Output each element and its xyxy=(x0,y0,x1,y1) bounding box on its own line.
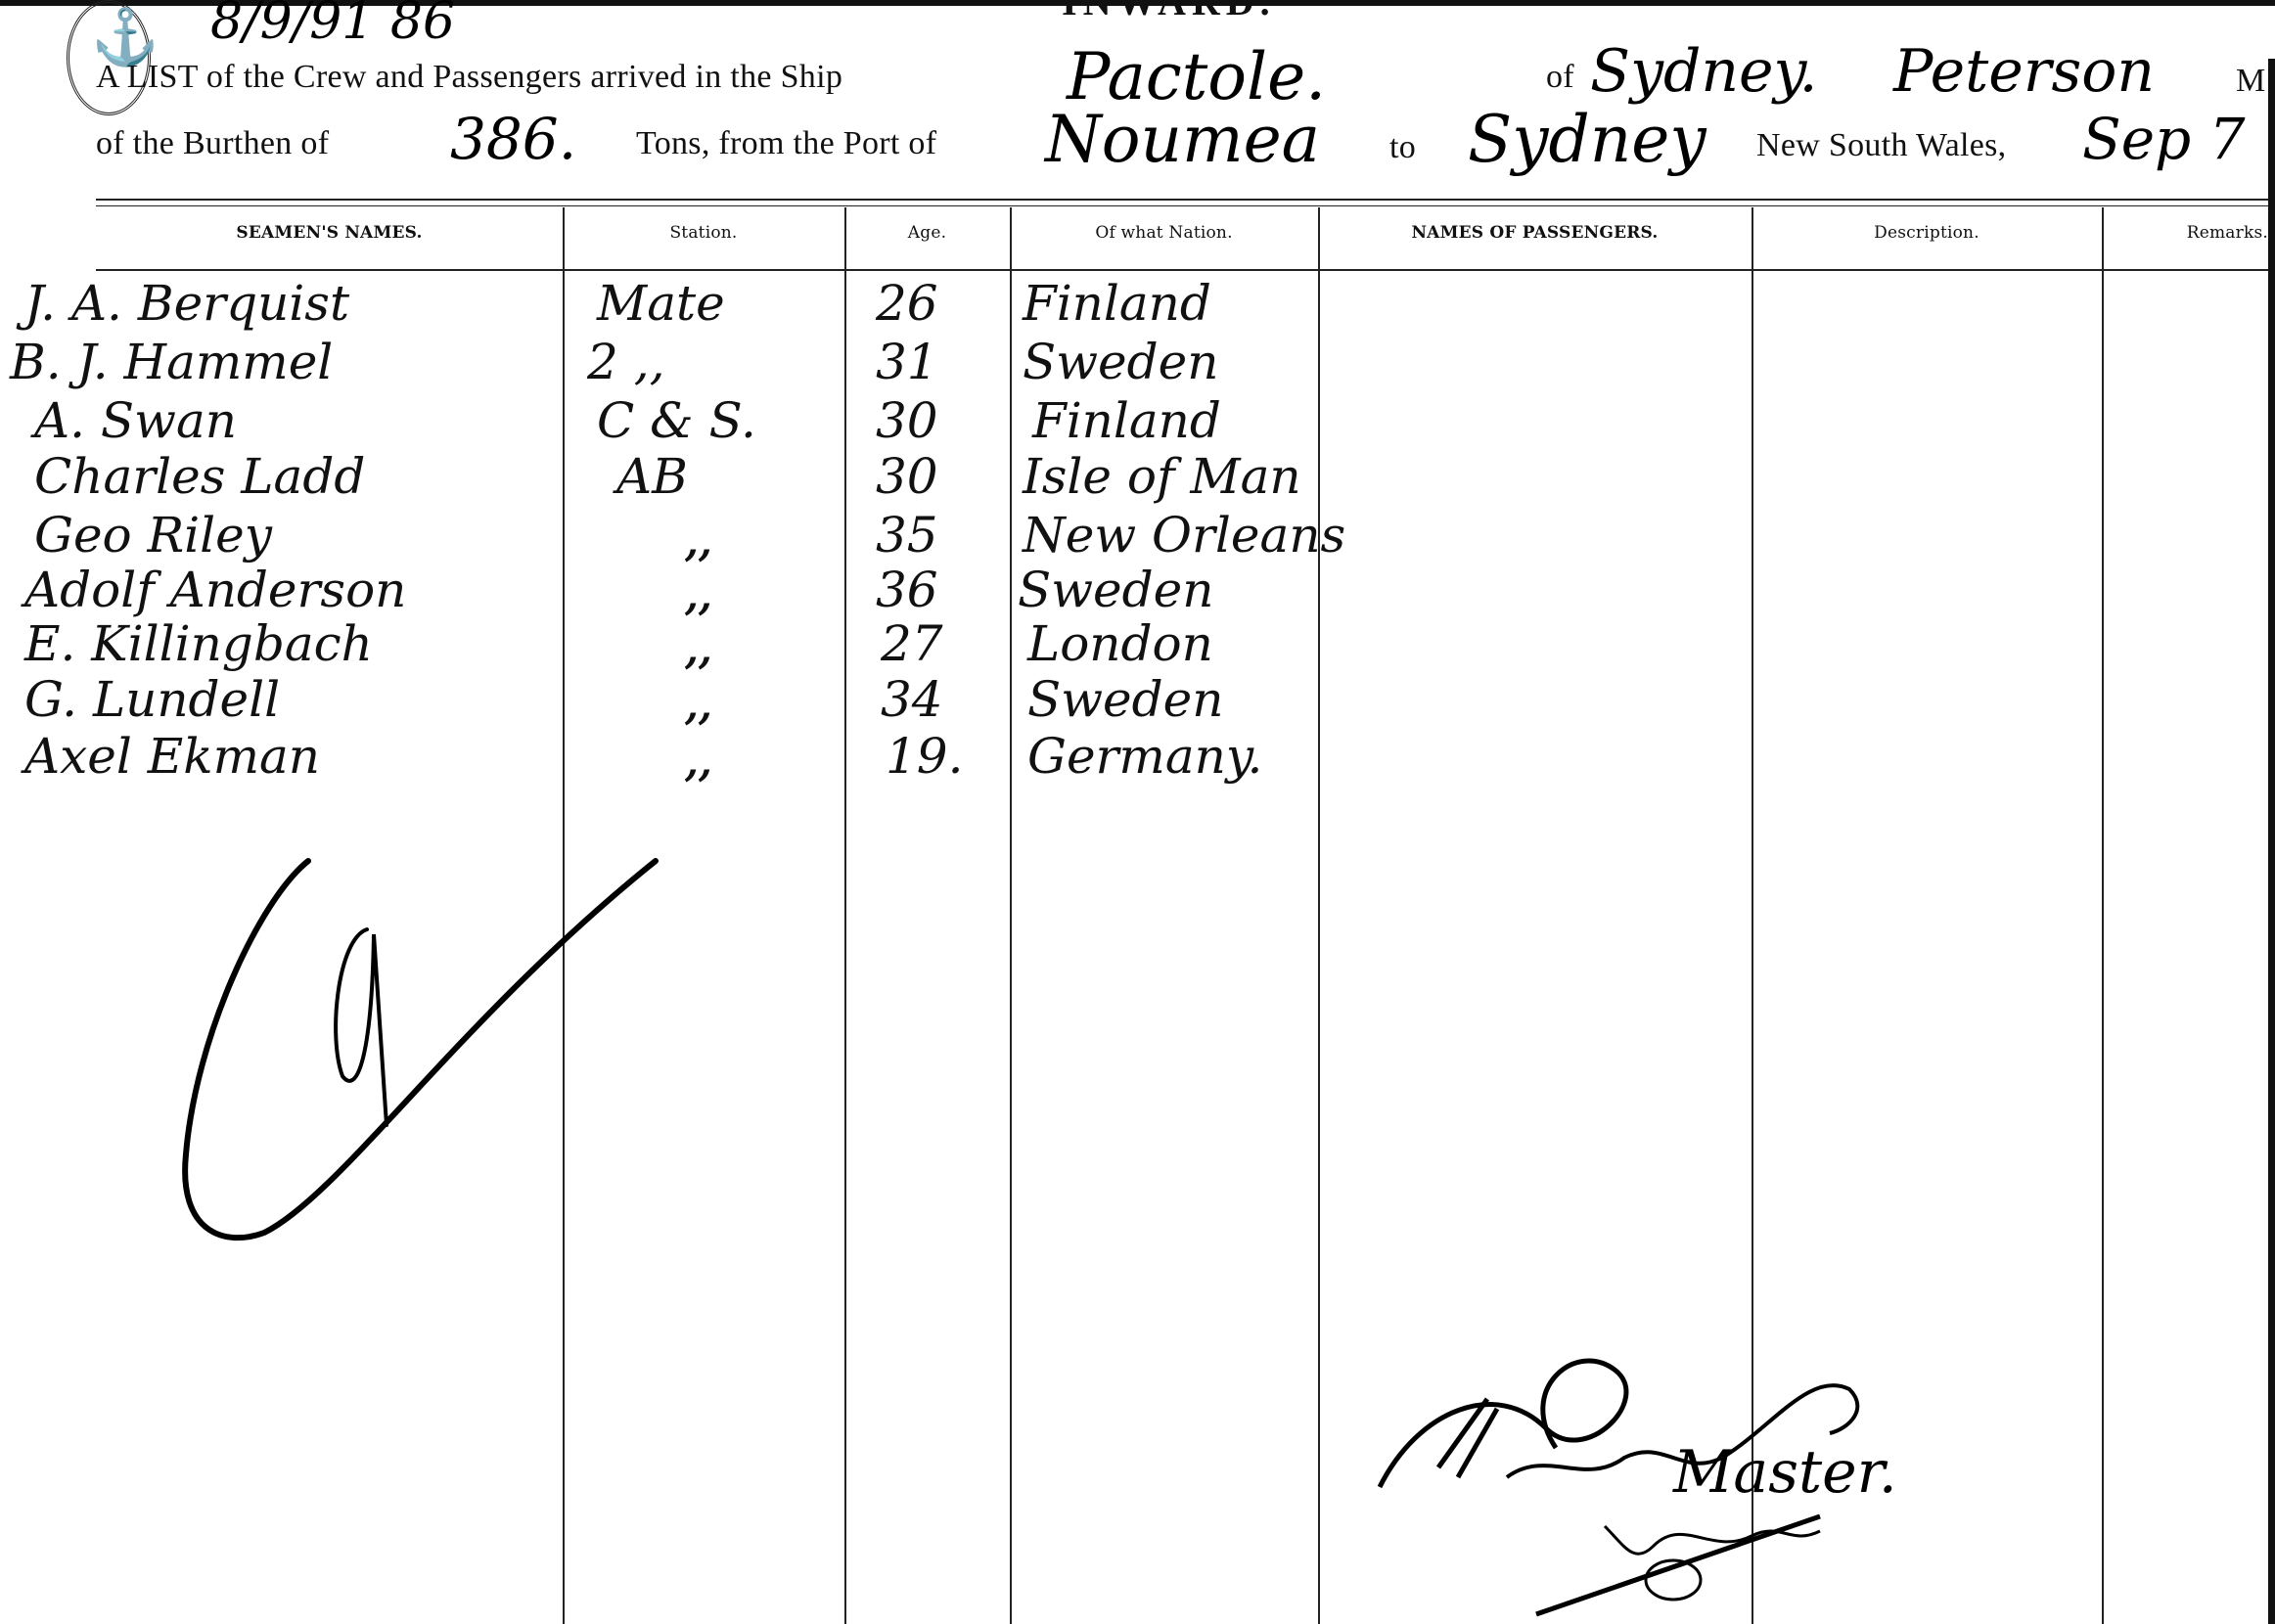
seaman-name: Axel Ekman xyxy=(24,732,320,781)
tons-label: Tons, from the Port of xyxy=(636,125,936,162)
seaman-name: G. Lundell xyxy=(24,675,280,724)
to-port: Sydney xyxy=(1468,102,1706,177)
header-bottom-rule xyxy=(96,269,2268,271)
master-name: Peterson xyxy=(1893,37,2155,106)
col-header-remarks: Remarks. xyxy=(2102,223,2268,243)
seaman-age: 19. xyxy=(886,732,964,781)
seaman-age: 36 xyxy=(876,565,938,614)
col-header-nation: Of what Nation. xyxy=(1010,223,1318,243)
column-divider xyxy=(1010,207,1012,1624)
col-header-description: Description. xyxy=(1752,223,2102,243)
seaman-age: 26 xyxy=(876,279,938,328)
col-header-age: Age. xyxy=(844,223,1010,243)
port-of-registry: Sydney. xyxy=(1590,37,1818,106)
seaman-station: C & S. xyxy=(597,396,756,445)
seaman-station-ditto: ,, xyxy=(685,631,712,670)
seaman-name: B. J. Hammel xyxy=(10,338,333,386)
seaman-name: Charles Ladd xyxy=(34,452,365,501)
seaman-station-ditto: ,, xyxy=(685,523,712,563)
seaman-name: A. Swan xyxy=(34,396,237,445)
state-label: New South Wales, xyxy=(1756,127,2006,164)
anchor-icon: ⚓ xyxy=(91,11,159,66)
stamp-date: 8/9/91 86 xyxy=(210,0,455,51)
col-header-station: Station. xyxy=(563,223,844,243)
column-divider xyxy=(844,207,846,1624)
list-prefix: A LIST of the Crew and Passengers arrive… xyxy=(96,59,842,96)
master-label: M xyxy=(2236,63,2266,100)
seaman-age: 30 xyxy=(876,396,938,445)
col-header-passenger-names: NAMES OF PASSENGERS. xyxy=(1318,223,1752,243)
table-top-rule xyxy=(96,199,2268,201)
col-header-seamen-names: SEAMEN'S NAMES. xyxy=(96,223,563,243)
seaman-name: J. A. Berquist xyxy=(24,279,349,328)
seaman-nation: Germany. xyxy=(1027,732,1262,781)
seaman-nation: Sweden xyxy=(1018,565,1213,614)
seaman-station-ditto: ,, xyxy=(685,577,712,616)
column-divider xyxy=(1318,207,1320,1624)
arrival-date: Sep 7 xyxy=(2082,106,2246,172)
signature-title: Master. xyxy=(1673,1438,1897,1507)
seaman-nation: Sweden xyxy=(1027,675,1223,724)
seaman-name: Geo Riley xyxy=(34,511,272,560)
seaman-age: 35 xyxy=(876,511,938,560)
seaman-station: AB xyxy=(616,452,688,501)
seaman-nation: Finland xyxy=(1023,279,1211,328)
from-port: Noumea xyxy=(1045,102,1320,177)
seaman-nation: New Orleans xyxy=(1023,511,1345,560)
seaman-age: 30 xyxy=(876,452,938,501)
seaman-nation: Isle of Man xyxy=(1023,452,1301,501)
table-top-rule-inner xyxy=(96,205,2268,206)
seaman-station: Mate xyxy=(597,279,725,328)
of-label: of xyxy=(1546,59,1574,96)
crew-total-flourish xyxy=(166,841,675,1252)
seaman-age: 31 xyxy=(876,338,938,386)
seaman-nation: Finland xyxy=(1032,396,1221,445)
seaman-age: 34 xyxy=(881,675,943,724)
burthen-label: of the Burthen of xyxy=(96,125,329,162)
form-title: INWARD. xyxy=(1062,0,1276,24)
seaman-station: 2 ,, xyxy=(587,338,665,386)
seaman-age: 27 xyxy=(881,619,943,668)
seaman-station-ditto: ,, xyxy=(685,744,712,783)
seaman-name: E. Killingbach xyxy=(24,619,373,668)
right-border xyxy=(2268,59,2275,1624)
to-label: to xyxy=(1389,129,1416,166)
seaman-name: Adolf Anderson xyxy=(24,565,406,614)
seaman-station-ditto: ,, xyxy=(685,687,712,726)
seaman-nation: Sweden xyxy=(1023,338,1218,386)
seaman-nation: London xyxy=(1027,619,1213,668)
shipping-master-seal: ⚓ xyxy=(67,0,151,115)
burthen-tons: 386. xyxy=(450,106,576,172)
